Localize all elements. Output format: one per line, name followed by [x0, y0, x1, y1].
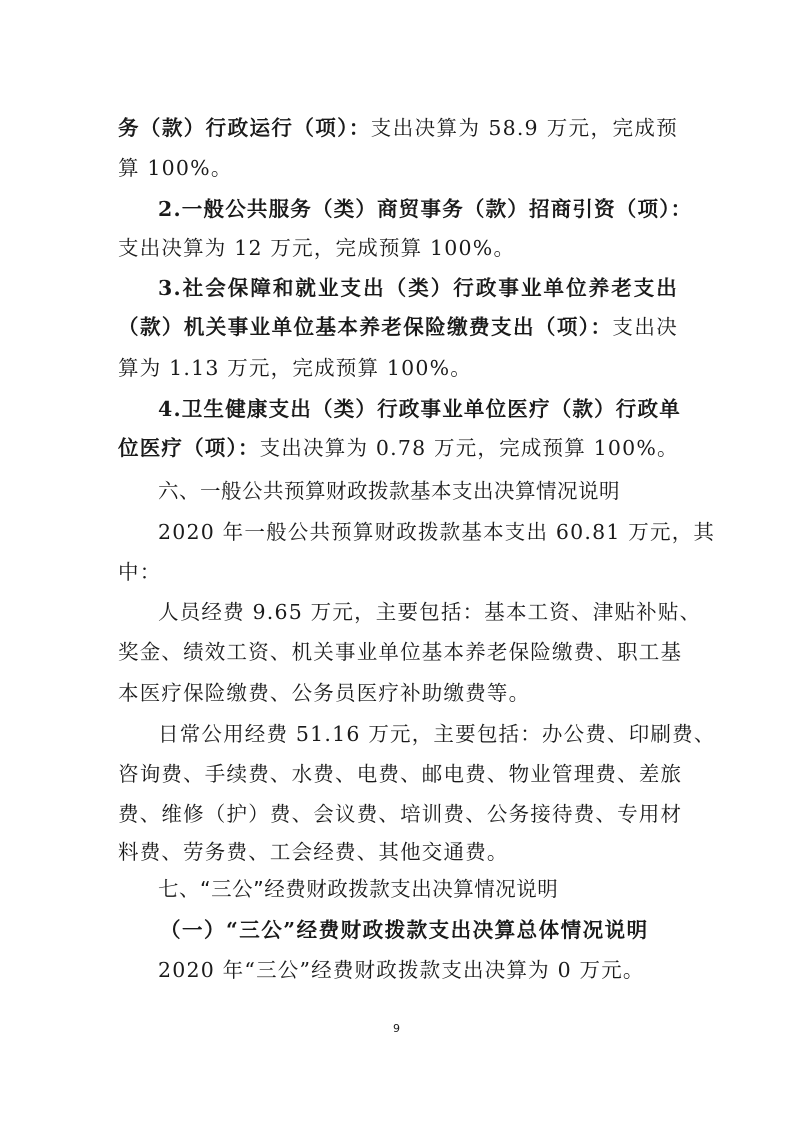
item-3-text: 算为 1.13 万元，完成预算 100%。 [118, 354, 678, 382]
section-6-heading: 六、一般公共预算财政拨款基本支出决算情况说明 [158, 477, 678, 505]
item-title: 位医疗（项）： [118, 436, 260, 460]
item-title: 务（款）行政运行（项）： [118, 116, 371, 140]
section-7-subheading: （一）“三公”经费财政拨款支出决算总体情况说明 [160, 916, 720, 944]
public-cost-line-4: 料费、劳务费、工会经费、其他交通费。 [118, 838, 678, 866]
item-text: 算 100%。 [118, 156, 233, 180]
item-text: 支出决算为 0.78 万元，完成预算 100%。 [260, 436, 679, 460]
item-3-title-line-2: （款）机关事业单位基本养老保险缴费支出（项）：支出决 [118, 313, 678, 341]
public-cost-line-3: 费、维修（护）费、会议费、培训费、公务接待费、专用材 [118, 800, 678, 828]
public-cost-line-2: 咨询费、手续费、水费、电费、邮电费、物业管理费、差旅 [118, 760, 678, 788]
item-2-title: 2.一般公共服务（类）商贸事务（款）招商引资（项）： [158, 195, 678, 223]
section-7-text: 2020 年“三公”经费财政拨款支出决算为 0 万元。 [158, 956, 678, 984]
item-4-title-line-2: 位医疗（项）：支出决算为 0.78 万元，完成预算 100%。 [118, 434, 678, 462]
public-cost-line-1: 日常公用经费 51.16 万元，主要包括：办公费、印刷费、 [158, 720, 678, 748]
section-6-para-1-line-2: 中： [118, 558, 678, 586]
paragraph-line-1: 务（款）行政运行（项）：支出决算为 58.9 万元，完成预 [118, 114, 678, 142]
section-7-heading: 七、“三公”经费财政拨款支出决算情况说明 [158, 875, 678, 903]
item-text: 支出决算为 58.9 万元，完成预 [371, 116, 678, 140]
personnel-cost-line-1: 人员经费 9.65 万元，主要包括：基本工资、津贴补贴、 [158, 598, 678, 626]
paragraph-line-2: 算 100%。 [118, 154, 678, 182]
item-4-title-line-1: 4.卫生健康支出（类）行政事业单位医疗（款）行政单 [158, 395, 678, 423]
item-2-text: 支出决算为 12 万元，完成预算 100%。 [118, 234, 678, 262]
item-title: （款）机关事业单位基本养老保险缴费支出（项）： [118, 315, 612, 339]
page-number: 9 [0, 1022, 793, 1035]
section-6-para-1-line-1: 2020 年一般公共预算财政拨款基本支出 60.81 万元，其 [158, 518, 678, 546]
personnel-cost-line-3: 本医疗保险缴费、公务员医疗补助缴费等。 [118, 679, 678, 707]
item-3-title-line-1: 3.社会保障和就业支出（类）行政事业单位养老支出 [158, 274, 678, 302]
personnel-cost-line-2: 奖金、绩效工资、机关事业单位基本养老保险缴费、职工基 [118, 638, 678, 666]
item-text: 支出决 [612, 315, 678, 339]
document-page: 务（款）行政运行（项）：支出决算为 58.9 万元，完成预 算 100%。 2.… [0, 0, 793, 1122]
